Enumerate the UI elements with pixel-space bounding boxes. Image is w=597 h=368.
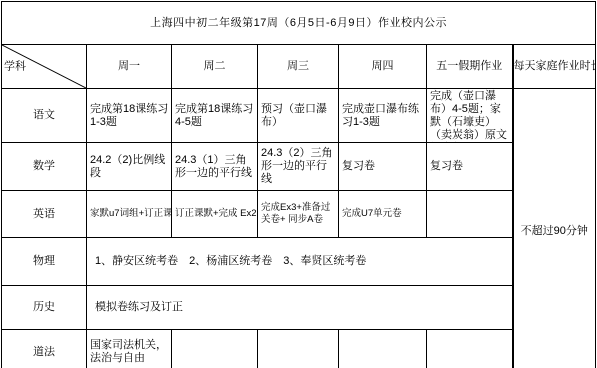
corner-cell: 学科 bbox=[2, 45, 87, 89]
cell-chinese-monday: 完成第18课练习1-3题 bbox=[87, 89, 172, 143]
cell-math-monday: 24.2（2)比例线段 bbox=[87, 143, 172, 191]
header-daily-duration: 每天家庭作业时长 bbox=[513, 45, 596, 89]
row-math: 数学 24.2（2)比例线段 24.3（1）三角形一边的平行线 24.3（2）三… bbox=[2, 143, 596, 191]
row-history: 历史 模拟卷练习及订正 bbox=[2, 286, 596, 330]
row-chinese: 语文 完成第18课练习1-3题 完成第18课练习4-5题 预习（壶口瀑布） 完成… bbox=[2, 89, 596, 143]
cell-chinese-wednesday: 预习（壶口瀑布） bbox=[258, 89, 339, 143]
cell-math-holiday: 复习卷 bbox=[427, 143, 513, 191]
cell-morality-wednesday bbox=[258, 330, 339, 368]
page: 上海四中初二年级第17周（6月5日-6月9日）作业校内公示 学科 周一 周二 周… bbox=[0, 0, 597, 368]
subject-history: 历史 bbox=[2, 286, 87, 330]
cell-math-wednesday: 24.3（2）三角形一边的平行线 bbox=[258, 143, 339, 191]
cell-english-monday: 家默u7词组+订正课默 bbox=[87, 191, 172, 238]
row-english: 英语 家默u7词组+订正课默 订正课默+完成 Ex2 完成Ex3+准备过关卷+ … bbox=[2, 191, 596, 238]
cell-morality-monday: 国家司法机关，法治与自由 bbox=[87, 330, 172, 368]
row-morality-law: 道法 国家司法机关，法治与自由 bbox=[2, 330, 596, 368]
cell-english-holiday bbox=[427, 191, 513, 238]
cell-english-thursday: 完成U7单元卷 bbox=[339, 191, 427, 238]
subject-english: 英语 bbox=[2, 191, 87, 238]
cell-morality-tuesday bbox=[172, 330, 258, 368]
header-row: 学科 周一 周二 周三 周四 五一假期作业 每天家庭作业时长 bbox=[2, 45, 596, 89]
header-holiday-homework: 五一假期作业 bbox=[427, 45, 513, 89]
row-physics: 物理 1、静安区统考卷 2、杨浦区统考卷 3、奉贤区统考卷 bbox=[2, 238, 596, 286]
cell-english-wednesday: 完成Ex3+准备过关卷+ 同步A卷 bbox=[258, 191, 339, 238]
subject-chinese: 语文 bbox=[2, 89, 87, 143]
page-title: 上海四中初二年级第17周（6月5日-6月9日）作业校内公示 bbox=[2, 2, 596, 45]
daily-duration-note: 不超过90分钟 bbox=[513, 89, 596, 368]
cell-english-tuesday: 订正课默+完成 Ex2 bbox=[172, 191, 258, 238]
subject-math: 数学 bbox=[2, 143, 87, 191]
title-row: 上海四中初二年级第17周（6月5日-6月9日）作业校内公示 bbox=[2, 2, 596, 45]
cell-chinese-tuesday: 完成第18课练习4-5题 bbox=[172, 89, 258, 143]
cell-math-thursday: 复习卷 bbox=[339, 143, 427, 191]
cell-morality-holiday bbox=[427, 330, 513, 368]
subject-physics: 物理 bbox=[2, 238, 87, 286]
subject-morality-law: 道法 bbox=[2, 330, 87, 368]
header-thursday: 周四 bbox=[339, 45, 427, 89]
cell-math-tuesday: 24.3（1）三角形一边的平行线 bbox=[172, 143, 258, 191]
corner-label: 学科 bbox=[4, 60, 26, 73]
header-wednesday: 周三 bbox=[258, 45, 339, 89]
cell-history-week: 模拟卷练习及订正 bbox=[87, 286, 513, 330]
header-monday: 周一 bbox=[87, 45, 172, 89]
cell-chinese-holiday: 完成（壶口瀑布）4-5题；家默（石壕吏）（卖炭翁）原文加注释 bbox=[427, 89, 513, 143]
cell-physics-week: 1、静安区统考卷 2、杨浦区统考卷 3、奉贤区统考卷 bbox=[87, 238, 513, 286]
cell-morality-thursday bbox=[339, 330, 427, 368]
header-tuesday: 周二 bbox=[172, 45, 258, 89]
cell-chinese-thursday: 完成壶口瀑布练习1-3题 bbox=[339, 89, 427, 143]
homework-table: 上海四中初二年级第17周（6月5日-6月9日）作业校内公示 学科 周一 周二 周… bbox=[1, 1, 596, 368]
